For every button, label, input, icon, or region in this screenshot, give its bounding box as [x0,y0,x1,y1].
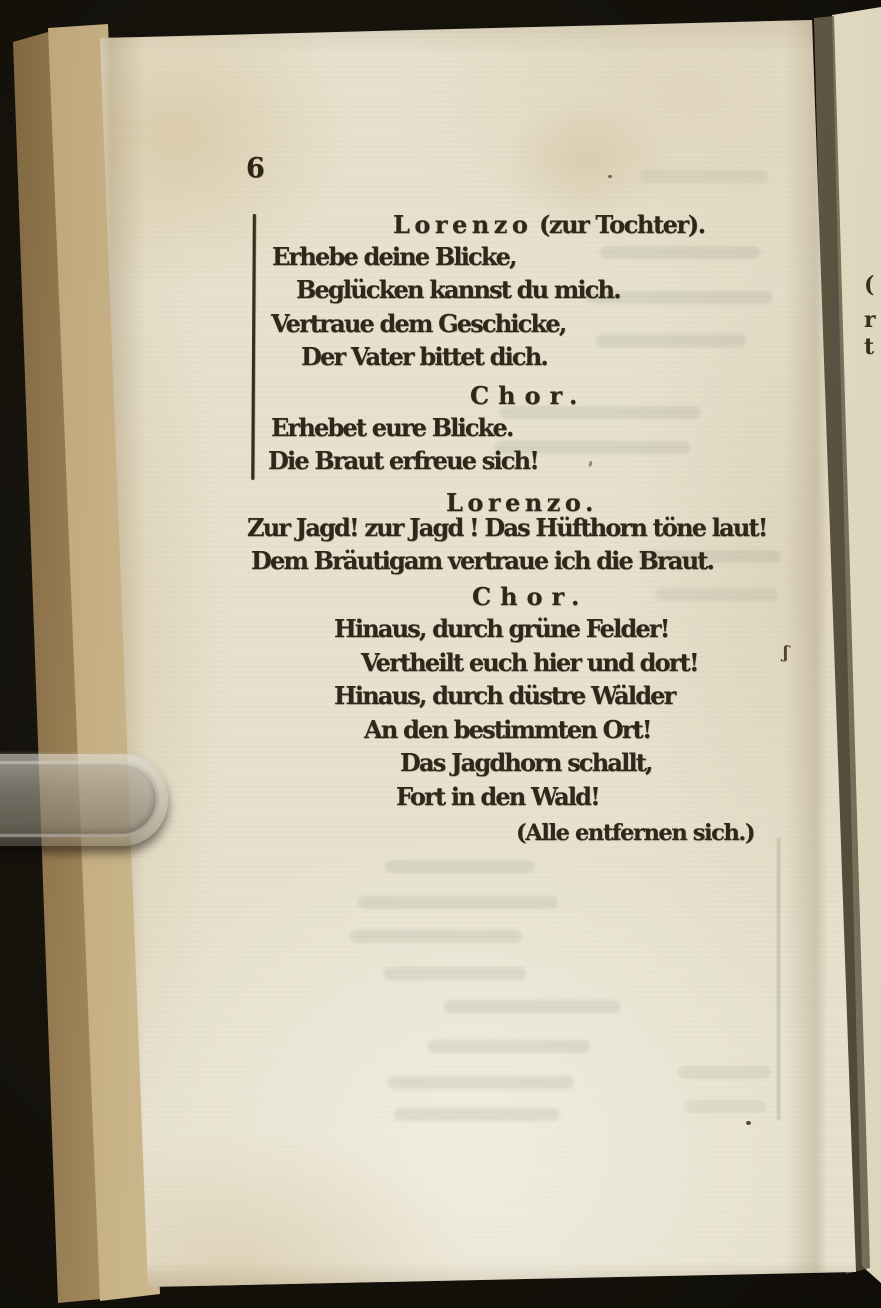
speaker-heading: Lorenzo (zur Tochter). [393,210,705,239]
speaker-name: Lorenzo [393,210,532,239]
facing-page-text-fragment: ( [864,272,873,298]
bleed-through-line [385,860,535,873]
verse-line: Dem Bräutigam vertraue ich die Braut. [251,546,713,575]
verse-line: Hinaus, durch düstre Wälder [334,681,675,710]
page-number: 6 [246,153,265,184]
bleed-through-line [444,1000,620,1013]
book-scan-photo: ( r t 6 Lo [0,0,881,1308]
bleed-through-line [640,170,768,183]
verse-line: Die Braut erfreue sich! [268,446,538,475]
bleed-through-line [358,896,558,909]
bleed-through-line [678,1066,770,1079]
bleed-through-line [656,588,778,601]
stage-direction: (Alle entfernen sich.) [516,820,754,846]
facing-page-text-fragment: t [864,334,873,360]
verse-line: Vertraue dem Geschicke, [271,309,565,338]
bleed-through-line [684,1100,766,1113]
verse-line: Erhebe deine Blicke, [272,242,516,271]
bleed-through-line [394,1108,560,1121]
stage-note: (zur Tochter). [539,210,705,239]
bleed-through-line [388,1076,574,1089]
bleed-through-line [596,334,746,347]
bleed-through-line [428,1040,590,1053]
verse-line: Erhebet eure Blicke. [271,413,513,442]
facing-page-text-fragment: r [864,307,875,333]
bleed-through-rule [777,838,780,1120]
verse-line: Hinaus, durch grüne Felder! [334,614,668,643]
bleed-through-line [350,930,522,943]
page-holder-clip [0,754,168,846]
verse-line: Das Jagdhorn schallt, [400,748,652,777]
verse-line: Fort in den Wald! [396,782,599,811]
verse-line: Zur Jagd! zur Jagd ! Das Hüfthorn töne l… [247,513,767,542]
verse-line: An den bestimmten Ort! [364,715,651,744]
speaker-heading: Chor. [470,381,586,410]
verse-line: Vertheilt euch hier und dort! [361,648,698,677]
bleed-through-line [384,967,526,980]
paper-speck [746,1121,751,1125]
bleed-through-line [600,246,760,259]
verse-line: Der Vater bittet dich. [301,342,547,371]
paper-speck [608,175,612,178]
verse-line: Beglücken kannst du mich. [296,275,620,304]
speaker-heading: Chor. [472,582,588,611]
